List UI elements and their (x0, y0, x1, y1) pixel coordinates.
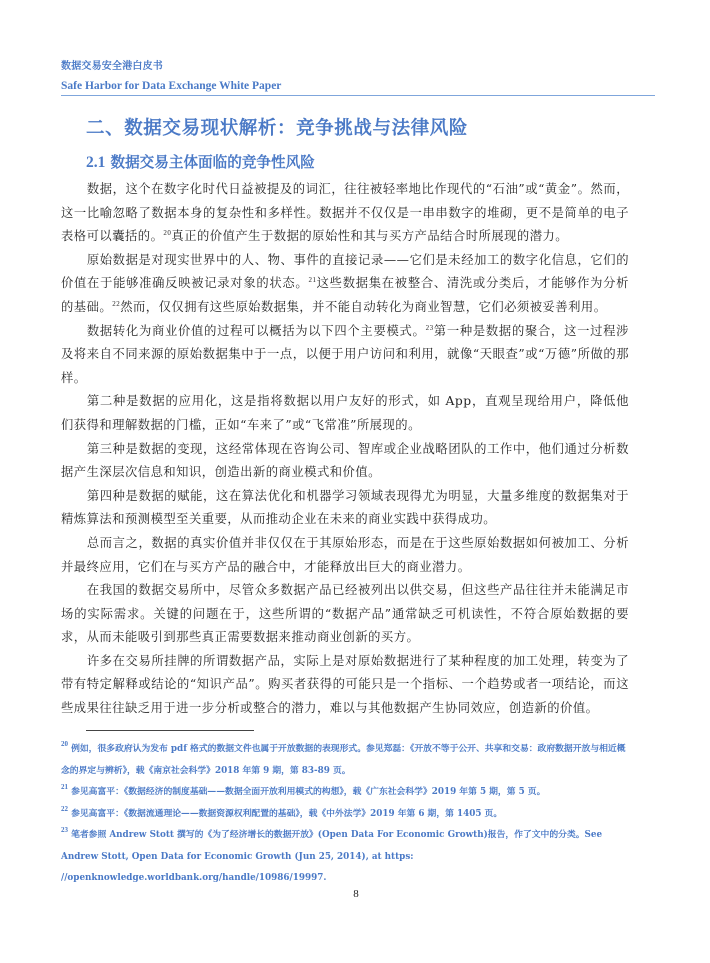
paragraph: 总而言之，数据的真实价值并非仅仅在于其原始形态，而是在于这些原始数据如何被加工、… (61, 532, 629, 579)
footnote-number: 21 (61, 783, 68, 791)
chapter-title: 二、数据交易现状解析：竞争挑战与法律风险 (86, 116, 468, 142)
footnote-ref[interactable]: 22 (112, 300, 120, 308)
footnote-number: 22 (61, 805, 68, 813)
paragraph: 数据，这个在数字化时代日益被提及的词汇，往往被轻率地比作现代的“石油”或“黄金”… (61, 178, 629, 249)
header-title-cn: 数据交易安全港白皮书 (61, 60, 655, 74)
footnote-text: 参见高富平：《数据经济的制度基础——数据全面开放利用模式的构想》，载《广东社会科… (71, 787, 545, 797)
running-header: 数据交易安全港白皮书 Safe Harbor for Data Exchange… (61, 60, 655, 95)
paragraph: 第二种是数据的应用化，这是指将数据以用户友好的形式，如 App，直观呈现给用户，… (61, 390, 629, 437)
footnote: 21 参见高富平：《数据经济的制度基础——数据全面开放利用模式的构想》，载《广东… (61, 782, 629, 804)
footnote-number: 23 (61, 826, 68, 834)
footnote-text: 例如，很多政府认为发布 pdf 格式的数据文件也属于开放数据的表现形式。参见郑磊… (61, 744, 626, 776)
paragraph: 原始数据是对现实世界中的人、物、事件的直接记录——它们是未经加工的数字化信息，它… (61, 249, 629, 320)
footnote: 23 笔者参照 Andrew Stott 撰写的《为了经济增长的数据开放》(Op… (61, 825, 629, 890)
footnote-text: 参见高富平：《数据流通理论——数据资源权利配置的基础》，载《中外法学》2019 … (71, 809, 502, 819)
body-text: 数据，这个在数字化时代日益被提及的词汇，往往被轻率地比作现代的“石油”或“黄金”… (61, 178, 629, 721)
footnotes: 20 例如，很多政府认为发布 pdf 格式的数据文件也属于开放数据的表现形式。参… (61, 739, 629, 890)
paragraph: 第四种是数据的赋能，这在算法优化和机器学习领域表现得尤为明显，大量多维度的数据集… (61, 485, 629, 532)
paragraph: 在我国的数据交易所中，尽管众多数据产品已经被列出以供交易，但这些产品往往并未能满… (61, 579, 629, 650)
footnote-ref[interactable]: 23 (426, 324, 434, 332)
footnote: 22 参见高富平：《数据流通理论——数据资源权利配置的基础》，载《中外法学》20… (61, 804, 629, 826)
paragraph: 许多在交易所挂牌的所谓数据产品，实际上是对原始数据进行了某种程度的加工处理，转变… (61, 650, 629, 721)
footnote: 20 例如，很多政府认为发布 pdf 格式的数据文件也属于开放数据的表现形式。参… (61, 739, 629, 782)
header-title-en: Safe Harbor for Data Exchange White Pape… (61, 77, 655, 95)
paragraph: 数据转化为商业价值的过程可以概括为以下四个主要模式。23第一种是数据的聚合，这一… (61, 320, 629, 391)
footnote-number: 20 (61, 740, 68, 748)
paragraph: 第三种是数据的变现，这经常体现在咨询公司、智库或企业战略团队的工作中，他们通过分… (61, 438, 629, 485)
header-divider (61, 95, 655, 96)
section-title: 2.1 数据交易主体面临的竞争性风险 (86, 152, 315, 174)
footnote-divider (86, 730, 254, 731)
section-title-text: 数据交易主体面临的竞争性风险 (110, 154, 314, 171)
page-number: 8 (350, 888, 362, 900)
footnote-text[interactable]: 笔者参照 Andrew Stott 撰写的《为了经济增长的数据开放》(Open … (61, 830, 602, 883)
section-number: 2.1 (86, 154, 105, 171)
